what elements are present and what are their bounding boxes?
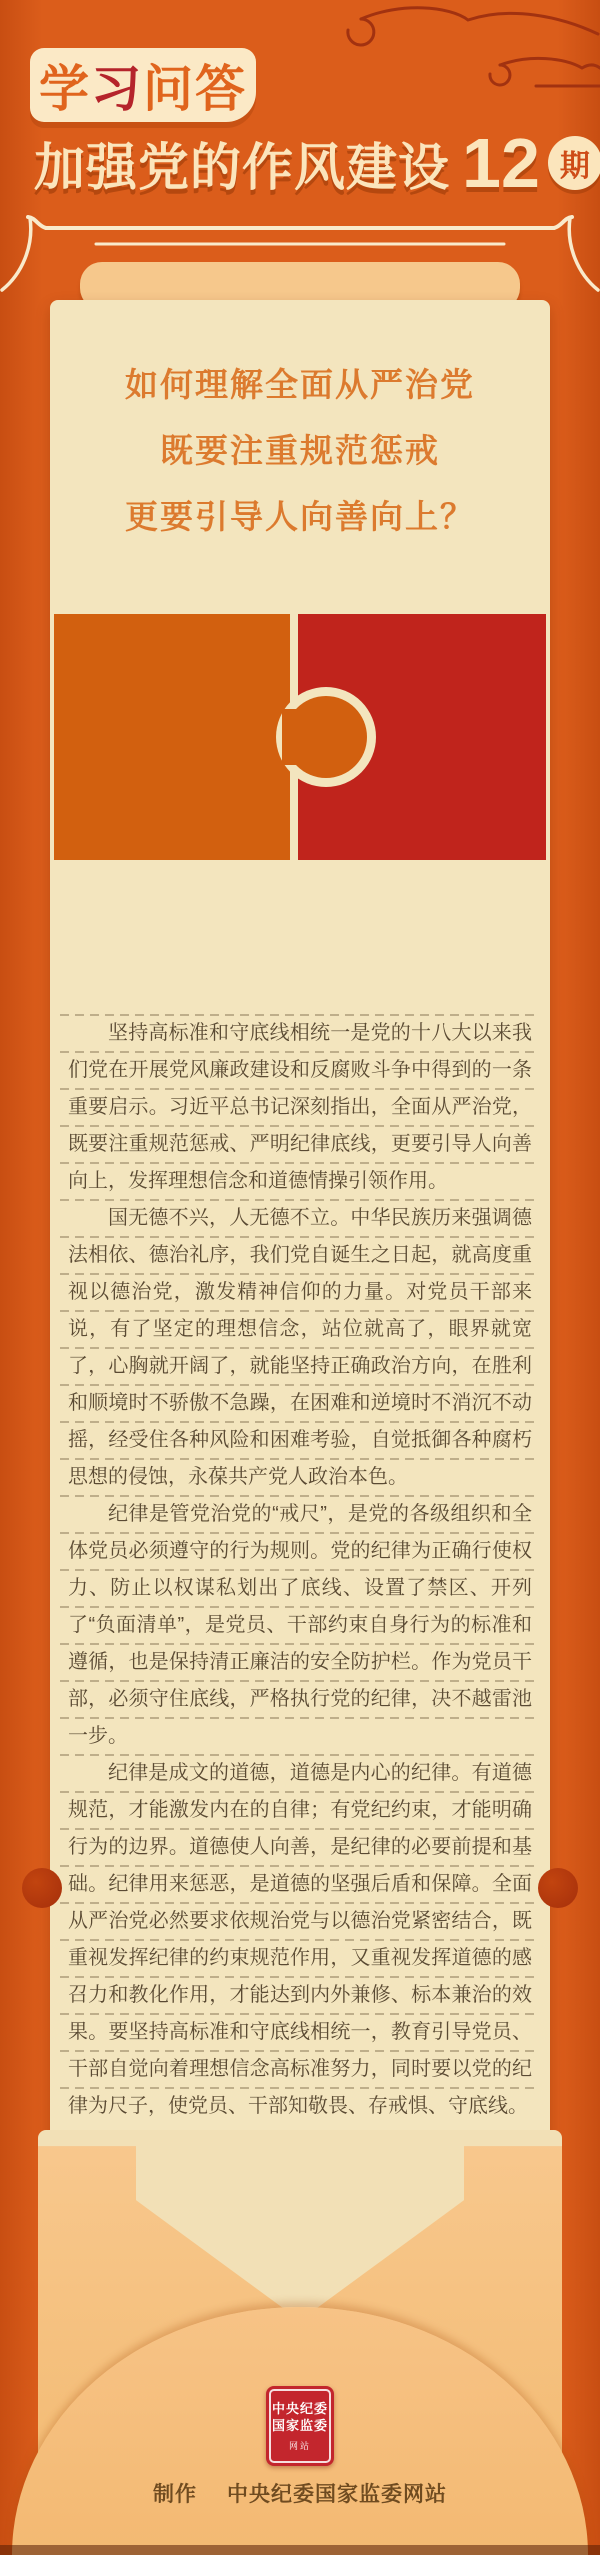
issue-unit-badge: 期 — [548, 136, 600, 190]
badge-text-part1: 学 — [39, 49, 91, 121]
badge-text-part3: 问答 — [143, 49, 247, 121]
envelope: 中央纪委 国家监委 网站 制作 中央纪委国家监委网站 — [38, 2130, 562, 2555]
title-row: 加强党的作风建设 12 期 — [34, 126, 592, 200]
issue-number: 12 — [462, 128, 540, 198]
side-knob-right — [538, 1868, 578, 1908]
paragraph-1: 坚持高标准和守底线相统一是党的十八大以来我们党在开展党风廉政建设和反腐败斗争中得… — [68, 1015, 532, 1200]
puzzle-piece-left — [54, 614, 290, 860]
question-line3: 更要引导人向善向上？ — [50, 484, 550, 550]
seal-text-line3: 网站 — [289, 2439, 311, 2452]
letter-card: 如何理解全面从严治党 既要注重规范惩戒 更要引导人向善向上？ 坚持高标准和守底线… — [50, 300, 550, 2145]
credit-label: 制作 — [153, 2478, 197, 2508]
credit-line: 制作 中央纪委国家监委网站 — [38, 2478, 562, 2508]
paragraph-4: 纪律是成文的道德，道德是内心的纪律。有道德规范，才能激发内在的自律；有党纪约束，… — [68, 1755, 532, 2125]
cloud-decoration-icon — [340, 0, 600, 110]
paragraph-3: 纪律是管党治党的“戒尺”，是党的各级组织和全体党员必须遵守的行为规则。党的纪律为… — [68, 1496, 532, 1755]
infographic-page: 学习问答 加强党的作风建设 12 期 如何理解全面从严治党 既要注重规范惩戒 更… — [0, 0, 600, 2555]
puzzle-illustration — [54, 614, 546, 860]
seal-text-line2: 国家监委 — [272, 2417, 328, 2434]
side-knob-left — [22, 1868, 62, 1908]
puzzle-knob-head — [285, 696, 367, 778]
official-seal: 中央纪委 国家监委 网站 — [266, 2386, 334, 2466]
paragraph-2: 国无德不兴，人无德不立。中华民族历来强调德法相依、德治礼序，我们党自诞生之日起，… — [68, 1200, 532, 1496]
question-title: 如何理解全面从严治党 既要注重规范惩戒 更要引导人向善向上？ — [50, 300, 550, 550]
credit-name: 中央纪委国家监委网站 — [227, 2478, 447, 2508]
series-badge: 学习问答 — [30, 48, 256, 122]
question-line1: 如何理解全面从严治党 — [50, 352, 550, 418]
seal-text-line1: 中央纪委 — [272, 2400, 328, 2417]
article-body: 坚持高标准和守底线相统一是党的十八大以来我们党在开展党风廉政建设和反腐败斗争中得… — [60, 1005, 540, 2133]
page-title: 加强党的作风建设 — [34, 126, 450, 200]
bottom-shadow — [0, 2545, 600, 2555]
question-line2: 既要注重规范惩戒 — [50, 418, 550, 484]
badge-text-part2: 习 — [91, 49, 143, 121]
